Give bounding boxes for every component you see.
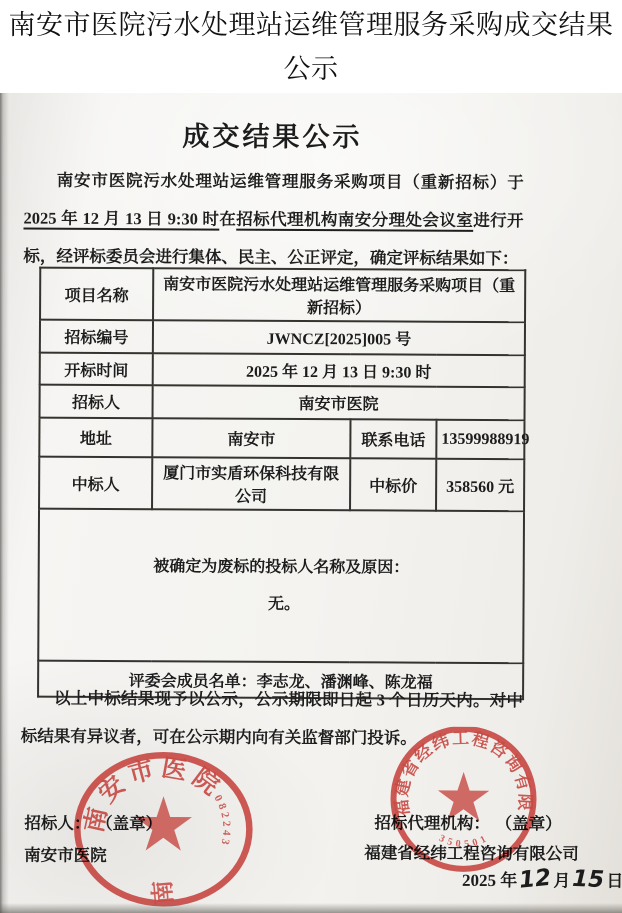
address-label: 地址 [39,418,152,458]
table-row: 地址 南安市 联系电话 13599988919 [39,418,524,460]
intro-text-2: 在 [219,210,236,229]
document-heading: 成交结果公示 [0,113,545,155]
table-row: 项目名称 南安市医院污水处理站运维管理服务采购项目（重新招标） [40,268,525,323]
tender-number-value: JWNCZ[2025]005 号 [153,320,525,355]
rejected-bidders-value: 无。 [43,585,518,624]
result-table: 项目名称 南安市医院污水处理站运维管理服务采购项目（重新招标） 招标编号 JWN… [37,267,526,701]
intro-underline-venue: 招标代理机构南安分理处会议室 [236,210,473,230]
project-name-label: 项目名称 [40,268,153,321]
table-row: 被确定为废标的投标人名称及原因： 无。 [38,509,524,664]
project-name-value: 南安市医院污水处理站运维管理服务采购项目（重新招标） [153,268,525,322]
phone-label: 联系电话 [350,419,436,458]
intro-underline-date: 2025 年 12 月 13 日 9:30 时 [24,209,220,229]
agency-seal-stamp-icon: 福建省经纬工程咨询有限公司 3505010 [378,726,549,887]
table-row: 招标编号 JWNCZ[2025]005 号 [40,320,525,356]
seal-bottom-glyph: 南 [148,879,178,905]
intro-paragraph: 南安市医院污水处理站运维管理服务采购项目（重新招标）于 2025 年 12 月 … [23,162,524,279]
date-day-handwritten: 15 [572,866,605,893]
phone-value: 13599988919 [436,420,524,459]
winner-value: 厦门市实盾环保科技有限公司 [152,457,350,510]
table-row: 招标人 南安市医院 [40,385,525,421]
rejected-bidders-cell: 被确定为废标的投标人名称及原因： 无。 [38,509,524,664]
hospital-seal-stamp-icon: 南安市医院 082243 南 [68,744,259,913]
tenderee-value: 南安市医院 [153,385,525,420]
winner-label: 中标人 [39,457,152,510]
intro-text-1: 南安市医院污水处理站运维管理服务采购项目（重新招标）于 [57,171,524,192]
address-value: 南安市 [152,418,350,458]
winning-price-value: 358560 元 [436,459,524,511]
tender-number-label: 招标编号 [40,320,153,354]
opening-time-value: 2025 年 12 月 13 日 9:30 时 [153,353,525,387]
date-month-unit: 月 [553,871,570,890]
document-content: 成交结果公示 南安市医院污水处理站运维管理服务采购项目（重新招标）于 2025 … [0,93,622,913]
rejected-bidders-title: 被确定为废标的投标人名称及原因： [44,548,519,587]
seal-star-icon [438,772,490,821]
page-title: 南安市医院污水处理站运维管理服务采购成交结果公示 [0,3,622,91]
svg-text:082243: 082243 [211,793,232,849]
table-row: 开标时间 2025 年 12 月 13 日 9:30 时 [40,353,525,388]
table-row: 中标人 厦门市实盾环保科技有限公司 中标价 358560 元 [39,457,524,512]
seal-serial-text: 082243 [211,793,232,849]
winning-price-label: 中标价 [350,458,436,510]
document-photo: 成交结果公示 南安市医院污水处理站运维管理服务采购项目（重新招标）于 2025 … [0,93,622,913]
seal-star-icon [135,796,192,851]
opening-time-label: 开标时间 [40,353,153,386]
tenderee-label: 招标人 [40,385,153,419]
date-day-unit: 日 [606,872,622,891]
